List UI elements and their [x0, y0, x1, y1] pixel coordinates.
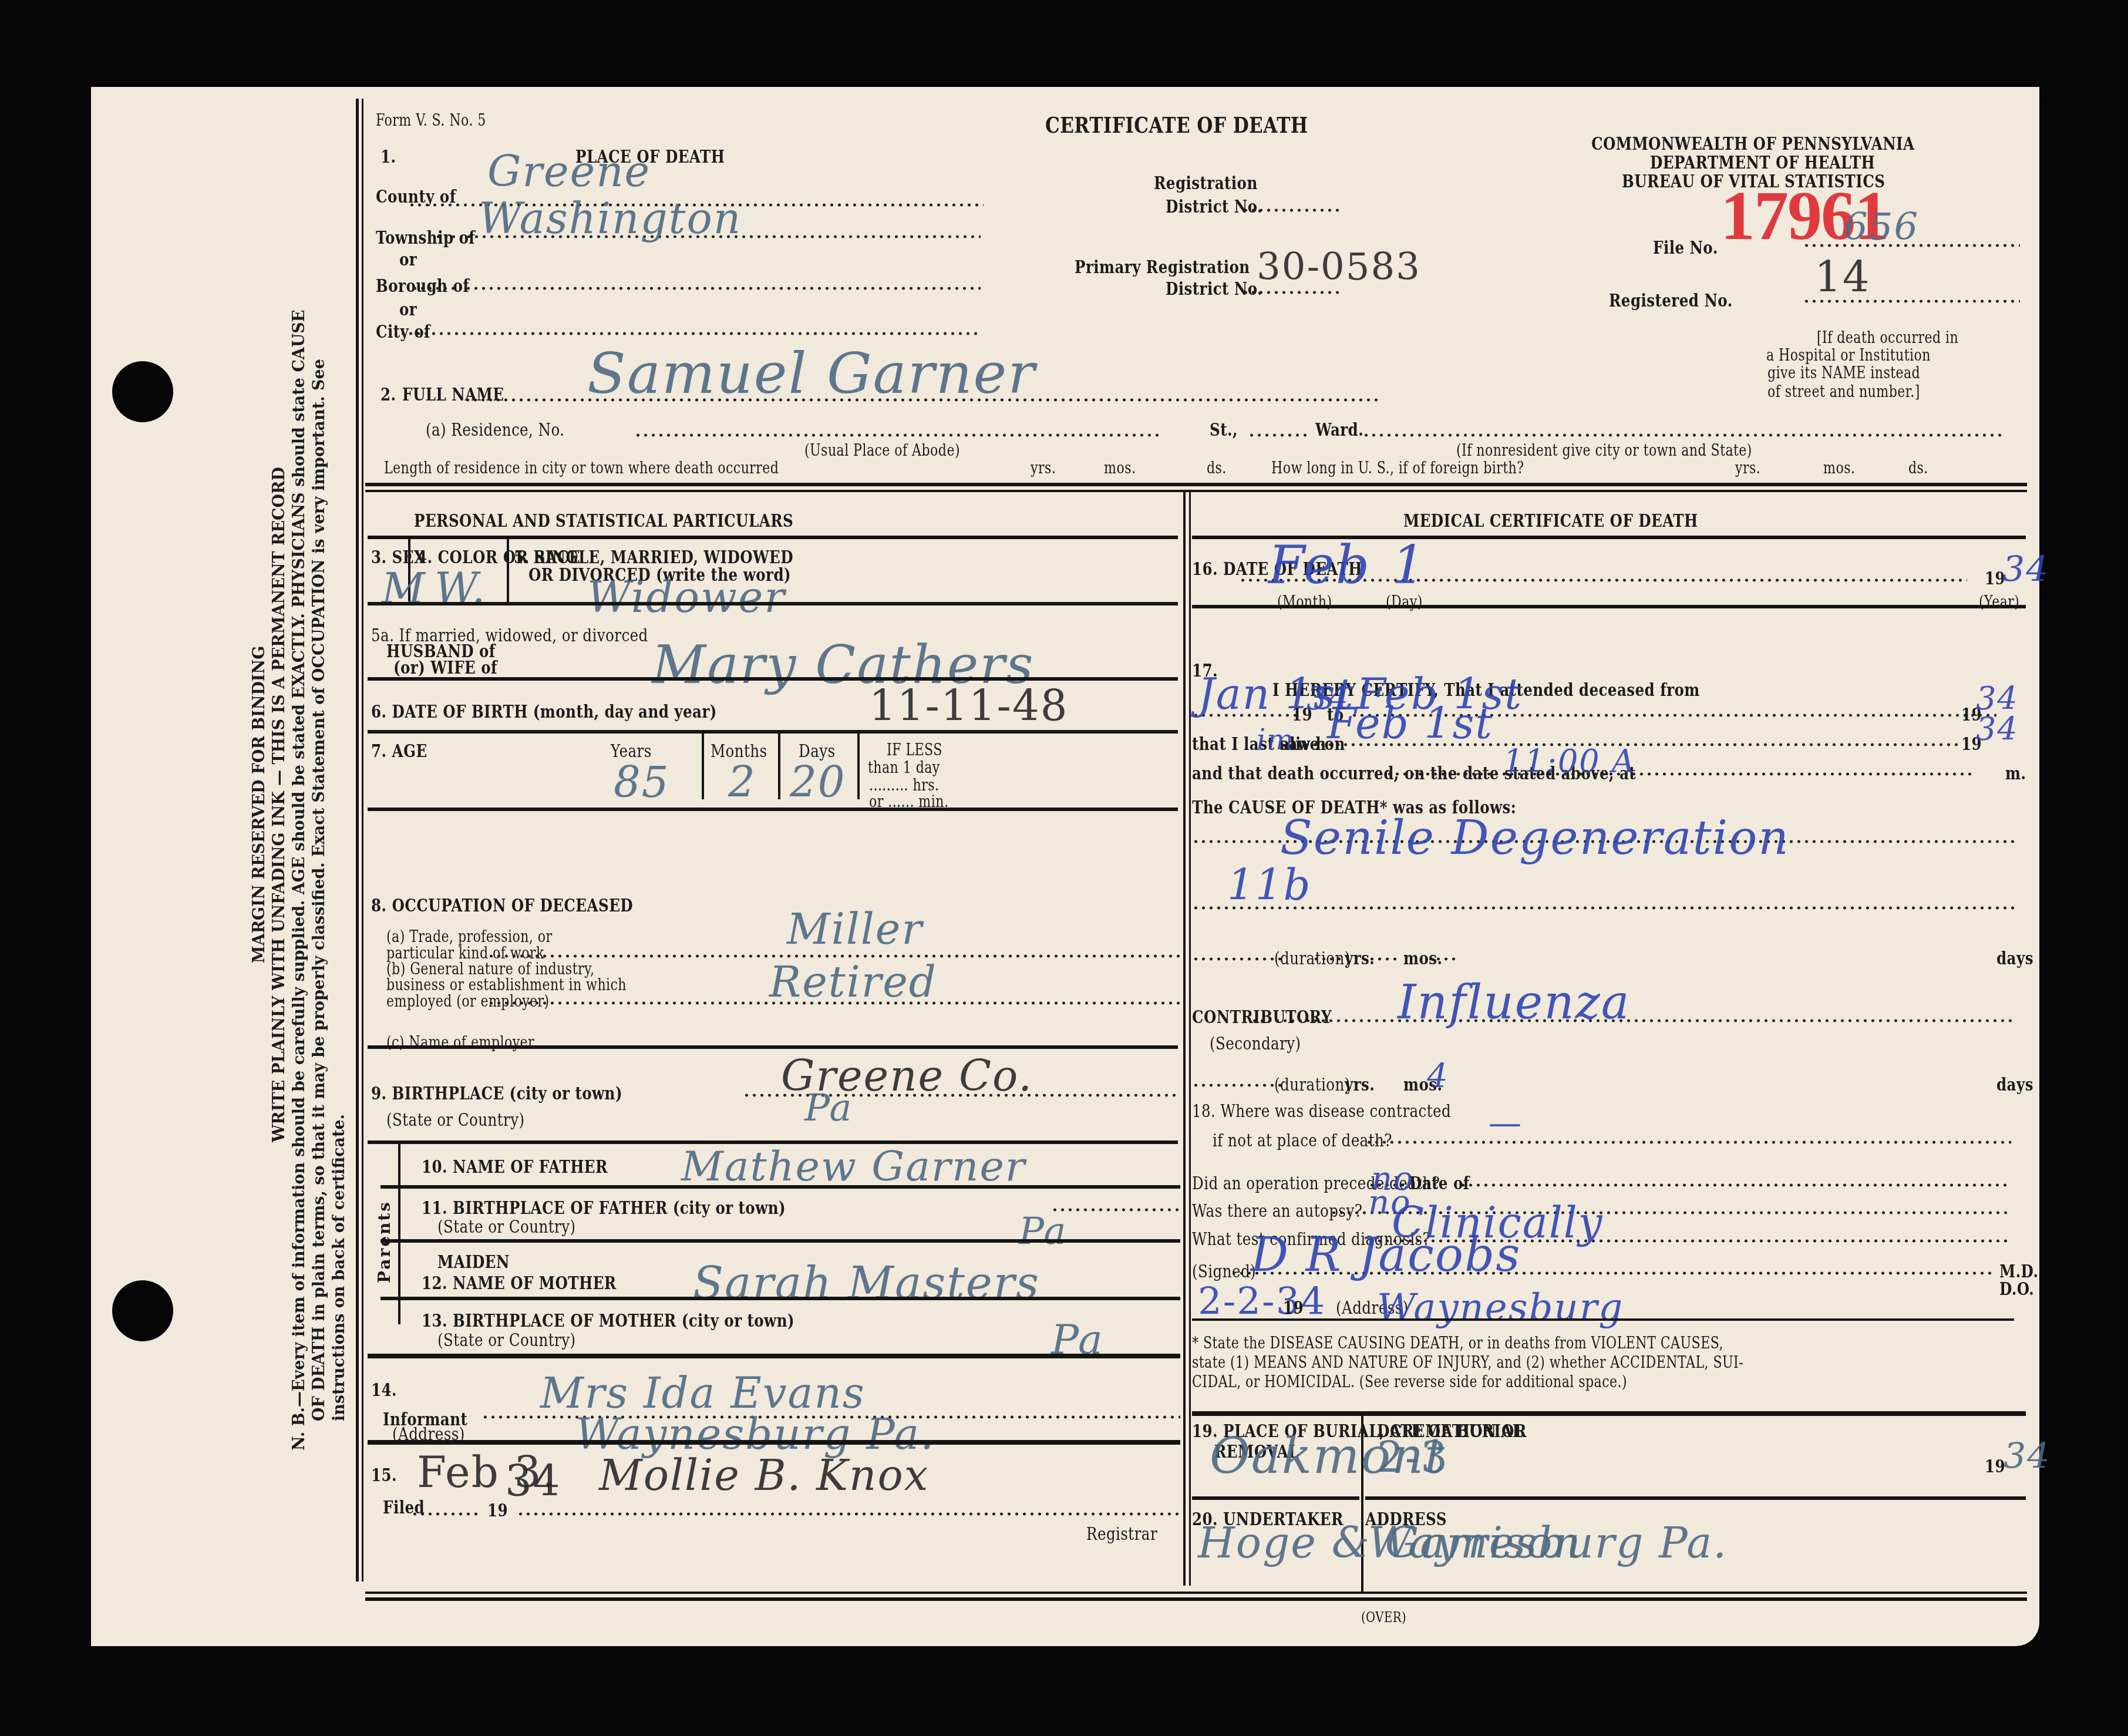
street-line — [1248, 433, 1307, 437]
or-label: or — [399, 250, 417, 270]
father-birthplace-value: Pa — [1019, 1210, 1067, 1253]
filed-line — [411, 1512, 482, 1516]
margin-write-plainly: WRITE PLAINLY WITH UNFADING INK — THIS I… — [270, 159, 289, 1451]
registrar-label: Registrar — [1086, 1524, 1157, 1545]
foreign-birth-label: How long in U. S., if of foreign birth? — [1271, 459, 1524, 477]
occupation-b-value: Retired — [769, 957, 937, 1007]
primary-district-label: District No. — [1166, 279, 1262, 300]
registered-no-value: 14 — [1814, 253, 1871, 302]
cause-of-death-value: Senile Degeneration — [1280, 810, 1790, 865]
registration-label: Registration — [1154, 173, 1258, 194]
hrs-label: ......... hrs. — [869, 776, 939, 795]
age-years-value: 85 — [614, 758, 670, 807]
age-label: 7. AGE — [371, 741, 427, 762]
district-label: District No. — [1166, 197, 1262, 217]
mother-name-value: Sarah Masters — [693, 1257, 1040, 1309]
am-pm-label: m. — [2005, 763, 2026, 784]
father-birthplace-state-label: (State or Country) — [437, 1217, 576, 1237]
rule — [1365, 1496, 2026, 1500]
yrs-label: yrs. — [1735, 459, 1760, 477]
contracted-value: — — [1489, 1104, 1523, 1142]
month-caption: (Month) — [1277, 593, 1332, 611]
maiden-label: MAIDEN — [437, 1252, 510, 1273]
margin-nb-line: N. B.—Every item of information should b… — [289, 159, 309, 1451]
rule — [381, 1239, 1180, 1243]
occupation-a-label: (a) Trade, profession, or — [386, 928, 552, 946]
rule — [368, 808, 1178, 811]
medical-heading: MEDICAL CERTIFICATE OF DEATH — [1403, 511, 1698, 531]
item-number: 15. — [371, 1465, 397, 1486]
margin-cause-line: OF DEATH in plain terms, so that it may … — [309, 159, 329, 1451]
cause-of-death-line-2: 11b — [1227, 860, 1312, 910]
primary-district-line — [1242, 291, 1342, 294]
father-name-value: Mathew Garner — [681, 1142, 1026, 1190]
hospital-note: of street and number.] — [1767, 383, 1920, 401]
col-divider — [702, 732, 704, 799]
rule — [368, 536, 1178, 539]
abode-note: (Usual Place of Abode) — [804, 442, 960, 460]
than-one-day-label: than 1 day — [868, 759, 940, 777]
col-divider — [857, 732, 860, 799]
punch-hole-bottom — [112, 1280, 173, 1341]
mother-birthplace-label: 13. BIRTHPLACE OF MOTHER (city or town) — [422, 1311, 794, 1331]
occupation-label: 8. OCCUPATION OF DECEASED — [371, 896, 633, 916]
item-number: 14. — [371, 1380, 397, 1401]
last-saw-date: Feb 1st — [1327, 699, 1493, 748]
item-number: 1. — [381, 147, 396, 167]
last-saw-year: 34 — [1976, 711, 2019, 748]
mos-label: mos. — [1823, 459, 1855, 477]
occupation-b-label-2: business or establishment in which — [386, 976, 627, 994]
yrs-label: yrs. — [1345, 1075, 1375, 1095]
residence-line — [634, 433, 1163, 437]
margin-instructions-line: instructions on back of certificate. — [329, 159, 349, 1451]
rule — [368, 1354, 1180, 1358]
year-prefix: 19 — [1283, 1298, 1304, 1318]
marital-status-value: Widower — [587, 573, 786, 622]
contributory-label: CONTRIBUTORY — [1192, 1007, 1332, 1028]
center-divider-2 — [1189, 492, 1191, 1586]
contributory-value: Influenza — [1398, 975, 1631, 1030]
rule — [381, 1185, 1180, 1189]
col-divider — [778, 732, 780, 799]
rule — [1192, 1318, 2014, 1321]
length-of-residence-label: Length of residence in city or town wher… — [384, 459, 779, 477]
birthplace-state-value: Pa — [804, 1086, 853, 1130]
signed-date: 2-2-34 — [1198, 1280, 1326, 1324]
rule — [368, 730, 1178, 734]
header-rule-2 — [365, 490, 2027, 492]
bottom-rule — [365, 1592, 2027, 1594]
date-of-death-month: Feb — [1268, 534, 1371, 596]
hospital-note: a Hospital or Institution — [1766, 346, 1931, 365]
duration-label: (duration) — [1274, 1075, 1351, 1095]
undertaker-address-value: Waynesburg Pa. — [1368, 1518, 1728, 1567]
footnote-line-2: state (1) MEANS AND NATURE OF INJURY, an… — [1192, 1354, 1743, 1372]
ward-label: Ward. — [1315, 420, 1363, 440]
mother-birthplace-state-label: (State or Country) — [437, 1330, 576, 1351]
days-label: days — [1996, 1075, 2033, 1095]
street-label: St., — [1210, 420, 1238, 440]
center-divider — [1183, 492, 1186, 1586]
file-number-handwritten: 656 — [1844, 206, 1919, 249]
mos-label: mos. — [1104, 459, 1136, 477]
year-prefix: 19 — [1985, 1456, 2005, 1477]
primary-district-value: 30-0583 — [1257, 245, 1421, 289]
form-number: Form V. S. No. 5 — [376, 112, 486, 130]
borough-line — [411, 287, 981, 290]
rule — [368, 1045, 1178, 1049]
birthplace-label: 9. BIRTHPLACE (city or town) — [371, 1084, 622, 1104]
if-less-label: IF LESS — [887, 741, 942, 759]
physician-address: Waynesburg — [1377, 1286, 1624, 1330]
age-months-value: 2 — [728, 758, 756, 807]
wife-label: (or) WIFE of — [393, 658, 497, 678]
district-line — [1242, 208, 1342, 212]
mother-name-label: 12. NAME OF MOTHER — [422, 1273, 617, 1294]
duration-days-line — [1427, 957, 1459, 961]
hospital-note: [If death occurred in — [1817, 329, 1958, 347]
personal-heading: PERSONAL AND STATISTICAL PARTICULARS — [414, 511, 793, 531]
death-time-line — [1386, 772, 1973, 776]
residence-label: (a) Residence, No. — [426, 420, 564, 440]
ds-label: ds. — [1908, 459, 1928, 477]
city-line — [399, 332, 981, 335]
death-time-value: 11:00 A — [1503, 743, 1636, 780]
or-label: or — [399, 300, 417, 320]
contracted-label: 18. Where was disease contracted — [1192, 1101, 1451, 1122]
registered-no-label: Registered No. — [1609, 291, 1733, 311]
file-no-line — [1803, 244, 2020, 247]
left-border-inner — [362, 99, 363, 1582]
date-of-death-day: 1 — [1392, 534, 1426, 596]
duration-mos-line — [1368, 957, 1400, 961]
margin-binding: MARGIN RESERVED FOR BINDING — [250, 159, 270, 1451]
duration-line-2 — [1192, 1084, 1286, 1087]
employer-label: (c) Name of employer — [386, 1034, 534, 1052]
operation-date-line — [1459, 1183, 2011, 1187]
rule — [368, 602, 1178, 605]
father-birthplace-line — [1051, 1208, 1180, 1212]
do-label: D.O. — [1999, 1279, 2034, 1300]
county-value: Greene — [487, 147, 651, 196]
registrar-signature: Mollie B. Knox — [599, 1451, 929, 1500]
ward-line — [1362, 433, 2002, 437]
physician-signature: D R Jacobs — [1251, 1227, 1521, 1282]
registrar-line — [517, 1512, 1180, 1516]
sex-value: M — [382, 564, 426, 613]
date-of-birth-label: 6. DATE OF BIRTH (month, day and year) — [371, 702, 717, 722]
father-name-label: 10. NAME OF FATHER — [422, 1157, 608, 1177]
age-days-value: 20 — [790, 758, 846, 807]
margin-instructions: MARGIN RESERVED FOR BINDING WRITE PLAINL… — [250, 159, 349, 1451]
filed-year-value: 34 — [505, 1456, 561, 1506]
rule — [1192, 605, 2026, 608]
contracted-line — [1365, 1140, 2011, 1144]
year-caption: (Year) — [1979, 593, 2019, 611]
full-name-value: Samuel Garner — [587, 341, 1036, 406]
yrs-label: yrs. — [1031, 459, 1056, 477]
duration-yrs-line — [1312, 957, 1342, 961]
date-of-death-year: 34 — [2002, 549, 2049, 590]
full-name-label: FULL NAME — [402, 385, 504, 405]
footnote-line-3: CIDAL, or HOMICIDAL. (See reverse side f… — [1192, 1373, 1627, 1391]
document-title: CERTIFICATE OF DEATH — [1045, 112, 1308, 138]
footnote-line-1: * State the DISEASE CAUSING DEATH, or in… — [1192, 1334, 1723, 1353]
race-value: W. — [435, 564, 486, 613]
burial-date-value: 2-3 — [1377, 1433, 1449, 1482]
rule — [1192, 1496, 1359, 1500]
file-no-label: File No. — [1653, 238, 1718, 258]
day-caption: (Day) — [1386, 593, 1423, 611]
birthplace-state-label: (State or Country) — [386, 1110, 525, 1131]
item-number: 2. — [381, 385, 396, 405]
punch-hole-top — [112, 361, 173, 422]
contributory-duration-value: 4 — [1427, 1057, 1449, 1095]
cause-line-2 — [1192, 906, 2014, 910]
occupation-a-value: Miller — [787, 904, 923, 954]
rule — [368, 677, 1178, 681]
contributory-line — [1251, 1019, 2014, 1022]
burial-year-value: 34 — [2004, 1436, 2050, 1477]
bottom-rule-2 — [365, 1597, 2027, 1601]
township-value: Washington — [479, 194, 742, 243]
issuer-line-2: DEPARTMENT OF HEALTH — [1650, 153, 1875, 173]
primary-registration-label: Primary Registration — [1075, 257, 1250, 278]
rule — [1192, 1411, 2026, 1416]
rule — [368, 1440, 1180, 1445]
issuer-line-1: COMMONWEALTH OF PENNSYLVANIA — [1591, 134, 1914, 154]
hospital-note: give its NAME instead — [1767, 364, 1920, 382]
rule — [381, 1297, 1180, 1300]
left-border — [356, 99, 359, 1582]
duration-line — [1192, 957, 1286, 961]
date-of-birth-value: 11-11-48 — [869, 681, 1069, 731]
ds-label: ds. — [1207, 459, 1227, 477]
over-label: (OVER) — [1361, 1609, 1406, 1626]
header-rule — [365, 483, 2027, 486]
secondary-label: (Secondary) — [1210, 1034, 1301, 1054]
days-label: days — [1996, 948, 2033, 969]
father-birthplace-label: 11. BIRTHPLACE OF FATHER (city or town) — [422, 1198, 786, 1219]
nonresident-note: (If nonresident give city or town and St… — [1456, 442, 1752, 460]
